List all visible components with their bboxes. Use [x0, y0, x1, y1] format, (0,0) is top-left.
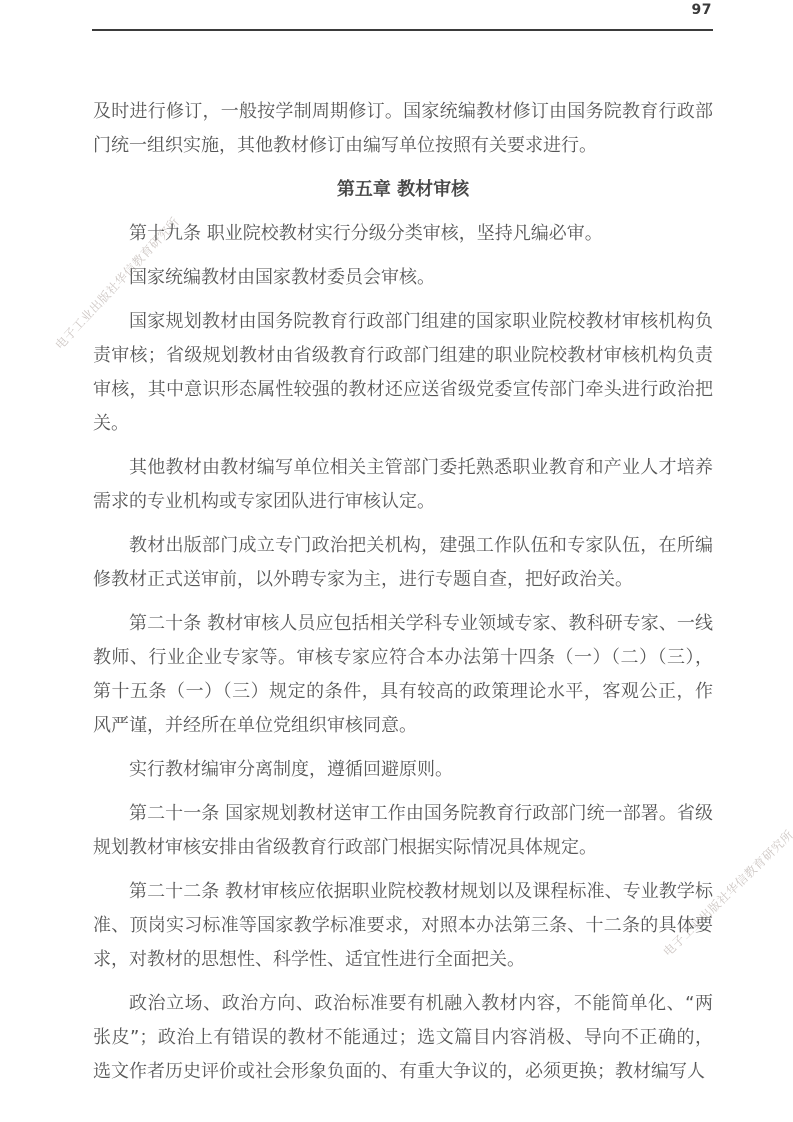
paragraph: 第十九条 职业院校教材实行分级分类审核，坚持凡编必审。: [93, 217, 713, 251]
paragraph: 第二十条 教材审核人员应包括相关学科专业领域专家、教科研专家、一线教师、行业企业…: [93, 607, 713, 743]
document-body: 及时进行修订，一般按学制周期修订。国家统编教材修订由国务院教育行政部门统一组织实…: [93, 95, 713, 1099]
header-divider: [92, 29, 713, 31]
paragraph: 国家规划教材由国务院教育行政部门组建的国家职业院校教材审核机构负责审核；省级规划…: [93, 305, 713, 441]
paragraph: 实行教材编审分离制度，遵循回避原则。: [93, 753, 713, 787]
chapter-heading: 第五章 教材审核: [93, 173, 713, 207]
paragraph: 第二十二条 教材审核应依据职业院校教材规划以及课程标准、专业教学标准、顶岗实习标…: [93, 875, 713, 977]
paragraph: 第二十一条 国家规划教材送审工作由国务院教育行政部门统一部署。省级规划教材审核安…: [93, 797, 713, 865]
paragraph: 其他教材由教材编写单位相关主管部门委托熟悉职业教育和产业人才培养需求的专业机构或…: [93, 451, 713, 519]
paragraph-lead: 及时进行修订，一般按学制周期修订。国家统编教材修订由国务院教育行政部门统一组织实…: [93, 95, 713, 163]
paragraph: 政治立场、政治方向、政治标准要有机融入教材内容，不能简单化、“两张皮”；政治上有…: [93, 987, 713, 1089]
paragraph: 教材出版部门成立专门政治把关机构，建强工作队伍和专家队伍，在所编修教材正式送审前…: [93, 529, 713, 597]
paragraph: 国家统编教材由国家教材委员会审核。: [93, 261, 713, 295]
document-page: 电子工业出版社华信教育研究所 电子工业出版社华信教育研究所 97 及时进行修订，…: [0, 0, 793, 1122]
page-number: 97: [692, 2, 712, 18]
